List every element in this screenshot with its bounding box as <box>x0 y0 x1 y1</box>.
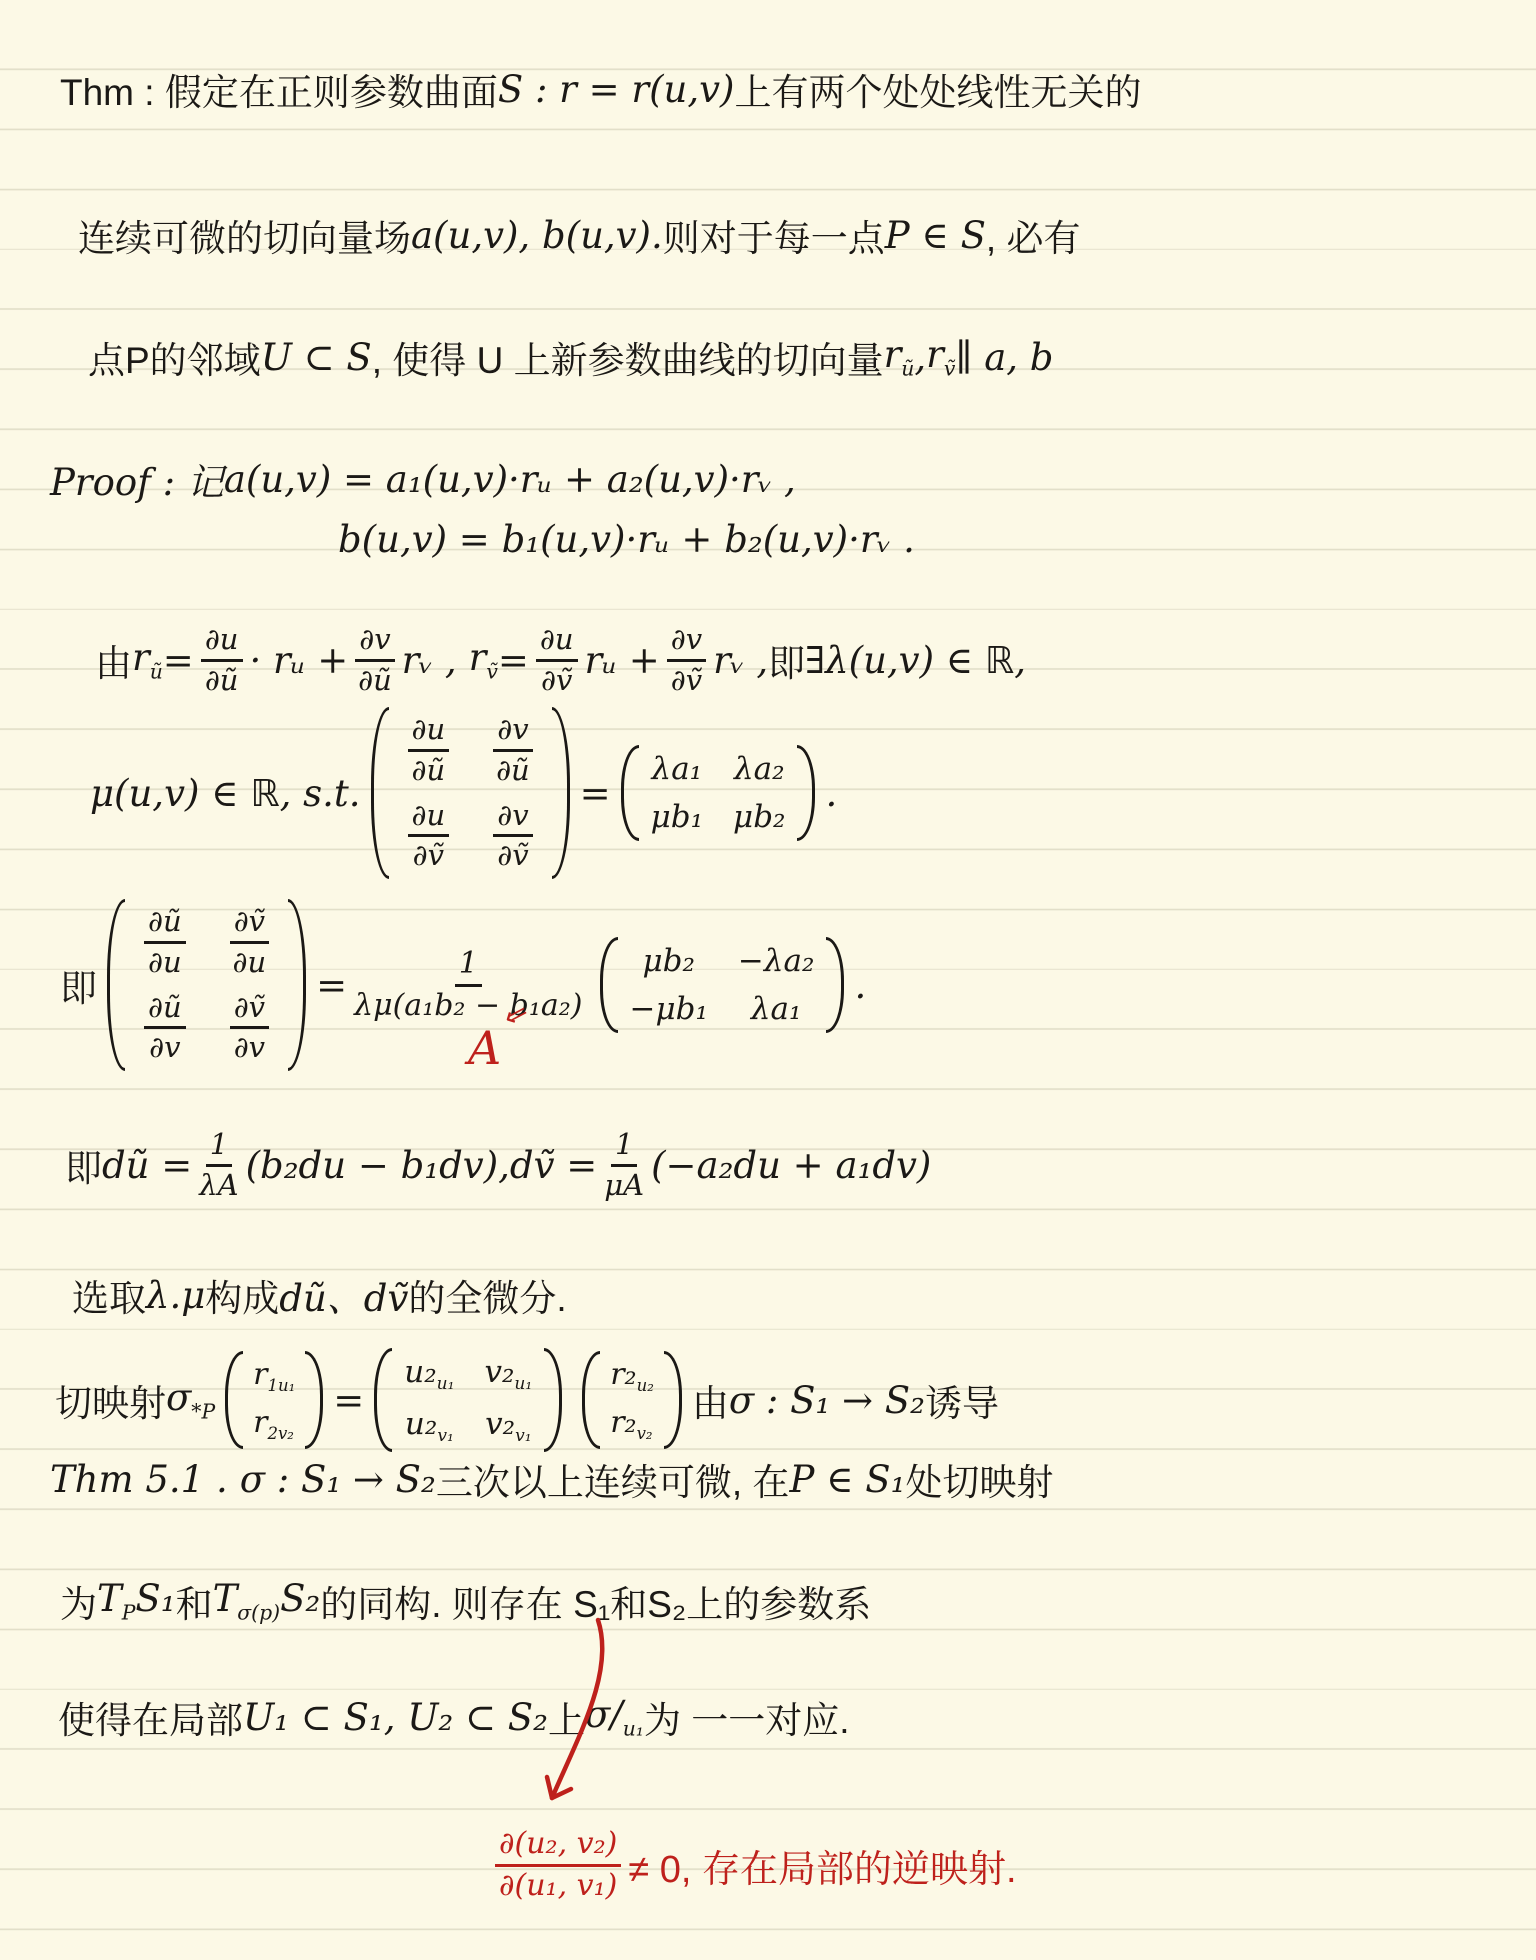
red-label-A: A <box>468 1021 501 1075</box>
partials-matrix: u₂u₁ v₂u₁ u₂v₁ v₂v₁ <box>374 1348 562 1452</box>
left-paren <box>600 937 618 1033</box>
fraction: ∂ũ∂u <box>144 905 186 979</box>
dv-tilde: dṽ = <box>510 1144 597 1187</box>
matrix-cell: −μb₁ <box>630 991 708 1027</box>
matrix-cell: λa₁ <box>751 991 802 1027</box>
matrix-cell: μb₂ <box>643 943 695 979</box>
notebook-page: Thm : 假定在正则参数曲面 S : r = r(u,v) 上有两个处处线性无… <box>0 0 1536 1960</box>
fraction-numerator: ∂v <box>493 799 532 837</box>
theorem-text: 则对于每一点 <box>663 208 885 262</box>
column-vector-right: r₂u₂ r₂v₂ <box>582 1351 682 1449</box>
fraction-denominator: ∂ũ <box>412 752 446 787</box>
line-theorem-3: 点P的邻域 U ⊂ S , 使得 U 上新参数曲线的切向量 rũ , rṽ ∥ … <box>88 330 1053 384</box>
induced-text: 诱导 <box>925 1373 999 1427</box>
mu-condition: μ(u,v) ∈ ℝ, s.t. <box>90 772 361 815</box>
jacobian-matrix: ∂u∂ũ ∂v∂ũ ∂u∂ṽ ∂v∂ṽ <box>371 707 570 878</box>
fraction: 1λA <box>199 1128 238 1202</box>
fraction-denominator: ∂u <box>148 944 182 979</box>
theorem-text: , 使得 U 上新参数曲线的切向量 <box>372 330 884 384</box>
fraction-denominator: ∂ũ <box>496 752 530 787</box>
fraction: 1μA <box>604 1128 644 1202</box>
fraction-numerator: ∂ṽ <box>230 905 269 943</box>
term: rᵤ + <box>585 639 660 682</box>
surface-equation: S : r = r(u,v) <box>498 68 735 111</box>
line-proof-a: Proof : 记 a(u,v) = a₁(u,v)·rᵤ + a₂(u,v)·… <box>50 452 796 506</box>
column-vector-left: r1u₁ r2v₂ <box>225 1351 323 1449</box>
fraction-numerator: ∂ũ <box>144 991 186 1029</box>
line-total-differential: 选取 λ.μ 构成 dũ、dṽ 的全微分. <box>72 1268 567 1322</box>
fraction-denominator: ∂(u₁, v₁) <box>499 1867 617 1904</box>
fraction-numerator: ∂v <box>355 623 394 661</box>
separator: , <box>914 336 926 379</box>
separator: , <box>498 1144 510 1187</box>
theorem-text: 点P的邻域 <box>88 330 261 384</box>
vector-cell: r2v₂ <box>253 1405 294 1443</box>
text: 选取 <box>72 1268 146 1322</box>
fraction-numerator: ∂u <box>408 713 450 751</box>
tangent-r-v: rṽ <box>926 333 955 380</box>
right-paren <box>826 937 844 1033</box>
equals: = <box>498 639 529 682</box>
fraction-numerator: ∂v <box>493 713 532 751</box>
local-neighborhoods: U₁ ⊂ S₁, U₂ ⊂ S₂ <box>243 1696 548 1739</box>
vector-cell: r₂v₂ <box>610 1405 652 1443</box>
right-paren <box>664 1351 682 1449</box>
fraction-denominator: ∂v <box>149 1029 180 1064</box>
matrix-cell: λa₂ <box>734 751 785 787</box>
fraction-numerator: 1 <box>206 1128 232 1166</box>
r-v-tilde: rṽ <box>469 636 498 683</box>
fraction: ∂v∂ũ <box>493 713 532 787</box>
line-differentials: 即 dũ = 1λA (b₂du − b₁dv) , dṽ = 1μA (−a₂… <box>65 1112 931 1218</box>
theorem-text: 上有两个处处线性无关的 <box>734 62 1141 116</box>
namely-text: 即 <box>65 1138 102 1192</box>
term: rᵥ , <box>713 639 768 682</box>
and-text: 和 <box>176 1574 213 1628</box>
parallel-ab: ∥ a, b <box>955 336 1053 379</box>
text: 为 <box>60 1574 97 1628</box>
equals: = <box>333 1379 364 1422</box>
tangent-r-u: rũ <box>884 333 915 380</box>
fraction-numerator: ∂u <box>536 623 578 661</box>
fraction-denominator: λA <box>199 1167 238 1202</box>
text: 构成 <box>205 1268 279 1322</box>
fraction-numerator: ∂ṽ <box>230 991 269 1029</box>
tangent-space-sigma-p: Tσ(p)S₂ <box>213 1577 321 1624</box>
fraction-numerator: ∂v <box>667 623 706 661</box>
tangent-space-p: TPS₁ <box>97 1577 176 1624</box>
line-thm-51: Thm 5.1 . σ : S₁ → S₂ 三次以上连续可微, 在 P ∈ S₁… <box>50 1452 1053 1506</box>
term: · rᵤ + <box>250 639 349 682</box>
sigma-star-p: σ*P <box>166 1376 215 1423</box>
red-jacobian-note: ∂(u₂, v₂)∂(u₁, v₁) ≠ 0, 存在局部的逆映射. <box>488 1812 1017 1918</box>
proof-label: Proof : 记 <box>50 452 224 506</box>
left-paren <box>107 899 125 1070</box>
right-paren <box>544 1348 562 1452</box>
text: 的全微分. <box>408 1268 566 1322</box>
fraction: ∂ṽ∂u <box>230 905 269 979</box>
tangent-map-text: 处切映射 <box>905 1452 1053 1506</box>
text: 为 一一对应. <box>644 1690 850 1744</box>
theorem-text: , 必有 <box>986 208 1081 262</box>
matrix-cell: u₂v₁ <box>405 1406 454 1446</box>
equation-a: a(u,v) = a₁(u,v)·rᵤ + a₂(u,v)·rᵥ , <box>224 458 796 501</box>
inverse-jacobian-matrix: ∂ũ∂u ∂ṽ∂u ∂ũ∂v ∂ṽ∂v <box>107 899 306 1070</box>
line-inverse-matrix: 即 ∂ũ∂u ∂ṽ∂u ∂ũ∂v ∂ṽ∂v = 1λμ(a₁b₂ − b₁a₂)… <box>60 872 866 1098</box>
fraction: ∂u∂ṽ <box>408 799 450 873</box>
fraction-numerator: 1 <box>611 1128 637 1166</box>
line-local-correspondence: 使得在局部 U₁ ⊂ S₁, U₂ ⊂ S₂ 上 σ/u₁ 为 一一对应. <box>58 1690 850 1744</box>
fraction-denominator: ∂ṽ <box>413 837 444 872</box>
fraction-numerator: 1 <box>455 947 482 987</box>
vector-cell: r₂u₂ <box>610 1357 654 1395</box>
exists-lambda: ∃λ(u,v) ∈ ℝ, <box>805 639 1026 682</box>
right-paren <box>552 707 570 878</box>
matrix-cell: u₂u₁ <box>404 1354 454 1394</box>
left-paren <box>225 1351 243 1449</box>
r-u-tilde: rũ <box>132 636 163 683</box>
induced-by-text: 由 <box>692 1373 729 1427</box>
right-paren <box>305 1351 323 1449</box>
equals: = <box>163 639 194 682</box>
line-theorem-1: Thm : 假定在正则参数曲面 S : r = r(u,v) 上有两个处处线性无… <box>60 62 1141 116</box>
text: 使得在局部 <box>58 1690 243 1744</box>
red-note-text: ≠ 0, 存在局部的逆映射. <box>628 1838 1016 1893</box>
red-curved-arrow-icon <box>520 1612 630 1812</box>
namely-text: 即 <box>60 958 97 1012</box>
sigma-map: σ : S₁ → S₂ <box>240 1458 436 1501</box>
fraction-denominator: ∂ṽ <box>497 837 528 872</box>
point-in-surface: P ∈ S <box>885 214 986 257</box>
matrix-cell: μb₁ <box>651 799 703 835</box>
thm-51-label: Thm 5.1 . <box>50 1458 228 1501</box>
left-paren <box>371 707 389 878</box>
matrix-cell: −λa₂ <box>738 943 815 979</box>
point-in-s1: P ∈ S₁ <box>789 1458 905 1501</box>
red-jacobian-fraction: ∂(u₂, v₂)∂(u₁, v₁) <box>495 1827 621 1903</box>
vector-cell: r1u₁ <box>253 1357 295 1395</box>
matrix-cell: v₂u₁ <box>484 1354 532 1394</box>
sigma-map: σ : S₁ → S₂ <box>729 1379 925 1422</box>
fraction: ∂ṽ∂v <box>230 991 269 1065</box>
neighborhood: U ⊂ S <box>261 336 372 379</box>
equation-b: b(u,v) = b₁(u,v)·rᵤ + b₂(u,v)·rᵥ . <box>338 518 915 561</box>
smoothness-text: 三次以上连续可微, 在 <box>436 1452 790 1506</box>
fraction-numerator: ∂(u₂, v₂) <box>495 1827 621 1867</box>
fraction: ∂ũ∂v <box>144 991 186 1065</box>
period: . <box>825 772 837 815</box>
line-isomorphism: 为 TPS₁ 和 Tσ(p)S₂ 的同构. 则存在 S₁和S₂上的参数系 <box>60 1574 871 1628</box>
term: (b₂du − b₁dv) <box>246 1144 499 1187</box>
fraction: ∂v∂ṽ <box>493 799 532 873</box>
fraction-numerator: ∂u <box>408 799 450 837</box>
fraction-denominator: μA <box>604 1167 644 1202</box>
term: (−a₂du + a₁dv) <box>651 1144 931 1187</box>
equals: = <box>580 772 611 815</box>
period: . <box>854 964 866 1007</box>
right-paren <box>797 745 815 841</box>
red-annotation-A: ⇐ A <box>468 998 527 1075</box>
right-paren <box>288 899 306 1070</box>
fraction-denominator: ∂u <box>233 944 267 979</box>
matrix-cell: λa₁ <box>652 751 703 787</box>
fraction-numerator: ∂u <box>201 623 243 661</box>
matrix-cell: μb₂ <box>733 799 785 835</box>
fraction-denominator: ∂v <box>234 1029 265 1064</box>
vector-fields: a(u,v), b(u,v). <box>411 214 663 257</box>
left-paren <box>621 745 639 841</box>
term: rᵥ , <box>402 639 457 682</box>
left-paren <box>582 1351 600 1449</box>
line-theorem-2: 连续可微的切向量场 a(u,v), b(u,v). 则对于每一点 P ∈ S ,… <box>78 208 1080 262</box>
fraction: ∂u∂ũ <box>408 713 450 787</box>
matrix-cell: v₂v₁ <box>485 1406 531 1446</box>
tangent-map-text: 切映射 <box>55 1373 166 1427</box>
adjugate-matrix: μb₂ −λa₂ −μb₁ λa₁ <box>600 937 845 1033</box>
du-tilde: dũ = <box>102 1144 192 1187</box>
theorem-text: Thm : 假定在正则参数曲面 <box>60 62 498 116</box>
lambda-mu-matrix: λa₁ λa₂ μb₁ μb₂ <box>621 745 816 841</box>
theorem-text: 连续可微的切向量场 <box>78 208 411 262</box>
line-proof-b: b(u,v) = b₁(u,v)·rᵤ + b₂(u,v)·rᵥ . <box>338 518 915 561</box>
left-paren <box>374 1348 392 1452</box>
fraction-numerator: ∂ũ <box>144 905 186 943</box>
line-tangent-map: 切映射 σ*P r1u₁ r2v₂ = u₂u₁ v₂u₁ u₂v₁ v₂v₁ <box>55 1332 999 1468</box>
lambda-mu: λ.μ <box>146 1274 205 1317</box>
du-dv: dũ、dṽ <box>279 1268 408 1322</box>
equals: = <box>316 964 347 1007</box>
